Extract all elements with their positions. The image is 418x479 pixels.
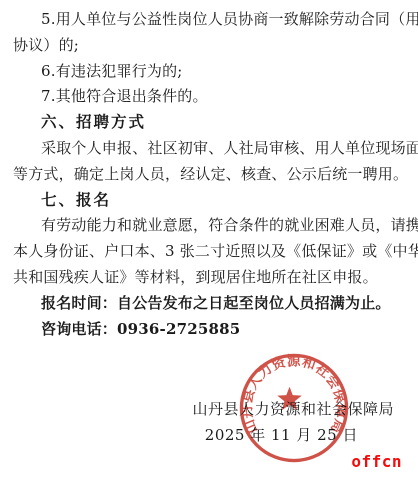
text-line: 协议）的; xyxy=(13,33,410,59)
text-line: 等方式，确定上岗人员，经认定、核查、公示后统一聘用。 xyxy=(13,162,410,188)
text-line: 咨询电话：0936-2725885 xyxy=(13,317,410,343)
signature-block: 山丹县人力资源和社会保障局 2025 年 11 月 25 日 xyxy=(0,396,418,448)
text-line: 5.用人单位与公益性岗位人员协商一致解除劳动合同（用工 xyxy=(13,7,410,33)
text-line: 7.其他符合退出条件的。 xyxy=(13,84,410,110)
text-line: 采取个人申报、社区初审、人社局审核、用人单位现场面试 xyxy=(13,136,410,162)
announcement-page: 5.用人单位与公益性岗位人员协商一致解除劳动合同（用工协议）的;6.有违法犯罪行… xyxy=(0,0,418,479)
section-heading: 六、招聘方式 xyxy=(13,110,410,136)
text-line: 报名时间：自公告发布之日起至岗位人员招满为止。 xyxy=(13,291,410,317)
issuing-agency: 山丹县人力资源和社会保障局 xyxy=(0,396,418,422)
text-line: 本人身份证、户口本、3 张二寸近照以及《低保证》或《中华人民 xyxy=(13,239,410,265)
offcn-watermark: offcn xyxy=(351,452,402,471)
text-line: 共和国残疾人证》等材料，到现居住地所在社区申报。 xyxy=(13,265,410,291)
text-line: 有劳动能力和就业意愿，符合条件的就业困难人员，请携带 xyxy=(13,213,410,239)
document-body: 5.用人单位与公益性岗位人员协商一致解除劳动合同（用工协议）的;6.有违法犯罪行… xyxy=(0,0,418,342)
section-heading: 七、报名 xyxy=(13,188,410,214)
issue-date: 2025 年 11 月 25 日 xyxy=(0,422,418,448)
text-line: 6.有违法犯罪行为的; xyxy=(13,59,410,85)
